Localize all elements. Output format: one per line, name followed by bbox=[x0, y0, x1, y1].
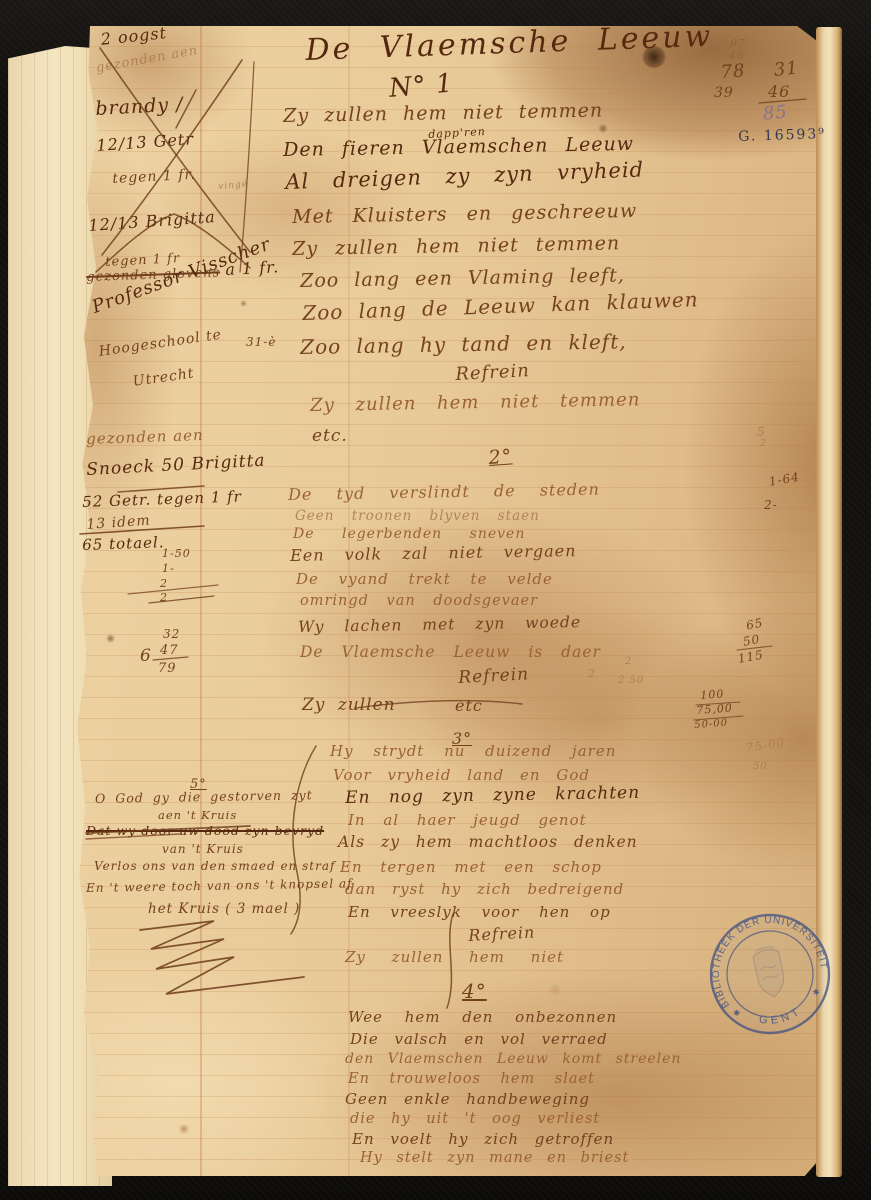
margin-note: gezonden aen bbox=[86, 428, 204, 447]
verse2-line: Zy zullen bbox=[302, 697, 396, 714]
verse4-line: Die valsch en vol verraed bbox=[350, 1032, 608, 1047]
verse2-line: Geen troonen blyven staen bbox=[295, 510, 540, 524]
note5-line: van 't Kruis bbox=[162, 843, 244, 855]
verse2-etc: etc bbox=[455, 698, 483, 714]
calc-total: 85 bbox=[762, 103, 789, 124]
verse3-line: In al haer jeugd genot bbox=[348, 813, 587, 828]
calc-number: 78 bbox=[720, 62, 746, 82]
shelfmark: G. 16593⁹ bbox=[738, 127, 826, 144]
verse2-line: De legerbenden sneven bbox=[293, 527, 525, 541]
margin-note: tegen 1 fr. bbox=[112, 168, 196, 186]
calc-number: 75,00 bbox=[696, 702, 733, 716]
tally-entry: 1-50 bbox=[162, 548, 191, 559]
sum-row: 79 bbox=[158, 662, 177, 675]
calc-number: 65 bbox=[745, 616, 764, 631]
verse4-line: Hy stelt zyn mane en briest bbox=[360, 1151, 629, 1166]
verse3-line: Als zy hem machtloos denken bbox=[338, 835, 638, 851]
verse3-line: Zy zullen hem niet bbox=[345, 950, 564, 965]
margin-note: 31-è bbox=[246, 336, 276, 348]
verse2-heading: 2° bbox=[488, 447, 513, 468]
calc-number: 2 bbox=[760, 440, 767, 449]
calc-number: 2.50 bbox=[618, 676, 644, 686]
verse4-line: Geen enkle handbeweging bbox=[345, 1092, 590, 1107]
verse3-line: Hy strydt nu duizend jaren bbox=[330, 744, 616, 759]
verse3-line: En vreeslyk voor hen op bbox=[348, 905, 611, 920]
tally-entry: 2 bbox=[160, 578, 168, 589]
manuscript-photo: De Vlaemsche Leeuw N° 1 97 46 78 39 31 4… bbox=[0, 0, 871, 1200]
calc-number: 50 bbox=[742, 633, 761, 648]
verse4-line: En voelt hy zich getroffen bbox=[352, 1132, 614, 1147]
verse4-line: Wee hem den onbezonnen bbox=[348, 1010, 617, 1025]
tally-entry: 1- bbox=[162, 563, 175, 574]
calc-number: 39 bbox=[714, 86, 734, 100]
note5-line-struck: Dat wy door uw dood zyn bevryd bbox=[86, 825, 324, 838]
calc-number: 31 bbox=[773, 59, 800, 80]
calc-number: 2- bbox=[764, 499, 778, 511]
tally-entry: 2 bbox=[160, 592, 168, 603]
margin-note: brandy / bbox=[95, 95, 184, 119]
verse1-line: Zoo lang hy tand en kleft, bbox=[300, 331, 627, 357]
calc-number: 50 bbox=[753, 762, 768, 772]
calc-number: 2 bbox=[588, 668, 596, 679]
margin-note: 65 totael. bbox=[82, 535, 165, 553]
verse2-refrain-label: Refrein bbox=[458, 666, 530, 687]
calc-number: 46 bbox=[729, 50, 745, 61]
verse3-refrain-label: Refrein bbox=[468, 924, 536, 943]
verse2-line: omringd van doodsgevaer bbox=[300, 594, 538, 609]
sum-left: 6 bbox=[140, 648, 152, 665]
library-stamp: BIBLIOTHEEK DER UNIVERSITEIT GENT ✱ ✱ bbox=[687, 891, 853, 1057]
verse1-refrain-label: Refrein bbox=[455, 362, 530, 384]
calc-number: 100 bbox=[700, 688, 725, 701]
note5-line: het Kruis ( 3 mael ) bbox=[148, 903, 300, 917]
note5-line: aen 't Kruis bbox=[158, 810, 237, 822]
verse2-line: De vyand trekt te velde bbox=[296, 572, 553, 587]
calc-number: 5 bbox=[757, 426, 766, 438]
verse3-line: En tergen met een schop bbox=[340, 860, 602, 875]
sum-row: 32 bbox=[163, 628, 180, 640]
verse4-heading: 4° bbox=[462, 981, 487, 1001]
verse1-line: etc. bbox=[312, 428, 348, 445]
calc-number: 2 bbox=[625, 657, 632, 667]
sum-row: 47 bbox=[160, 644, 179, 657]
calc-number: 97 bbox=[730, 38, 746, 49]
song-number-heading: N° 1 bbox=[388, 70, 455, 102]
verse3-line: Voor vryheid land en God bbox=[333, 768, 590, 783]
verse4-line: den Vlaemschen Leeuw komt streelen bbox=[345, 1052, 681, 1066]
verse2-line: De Vlaemsche Leeuw is daer bbox=[300, 645, 601, 661]
verse4-line: En trouweloos hem slaet bbox=[348, 1072, 595, 1087]
calc-number: 46 bbox=[768, 84, 790, 100]
verse3-line: dan ryst hy zich bedreigend bbox=[345, 882, 624, 897]
verse4-line: die hy uit 't oog verliest bbox=[350, 1112, 600, 1127]
note5-line: Verlos ons van den smaed en straf bbox=[94, 860, 335, 872]
